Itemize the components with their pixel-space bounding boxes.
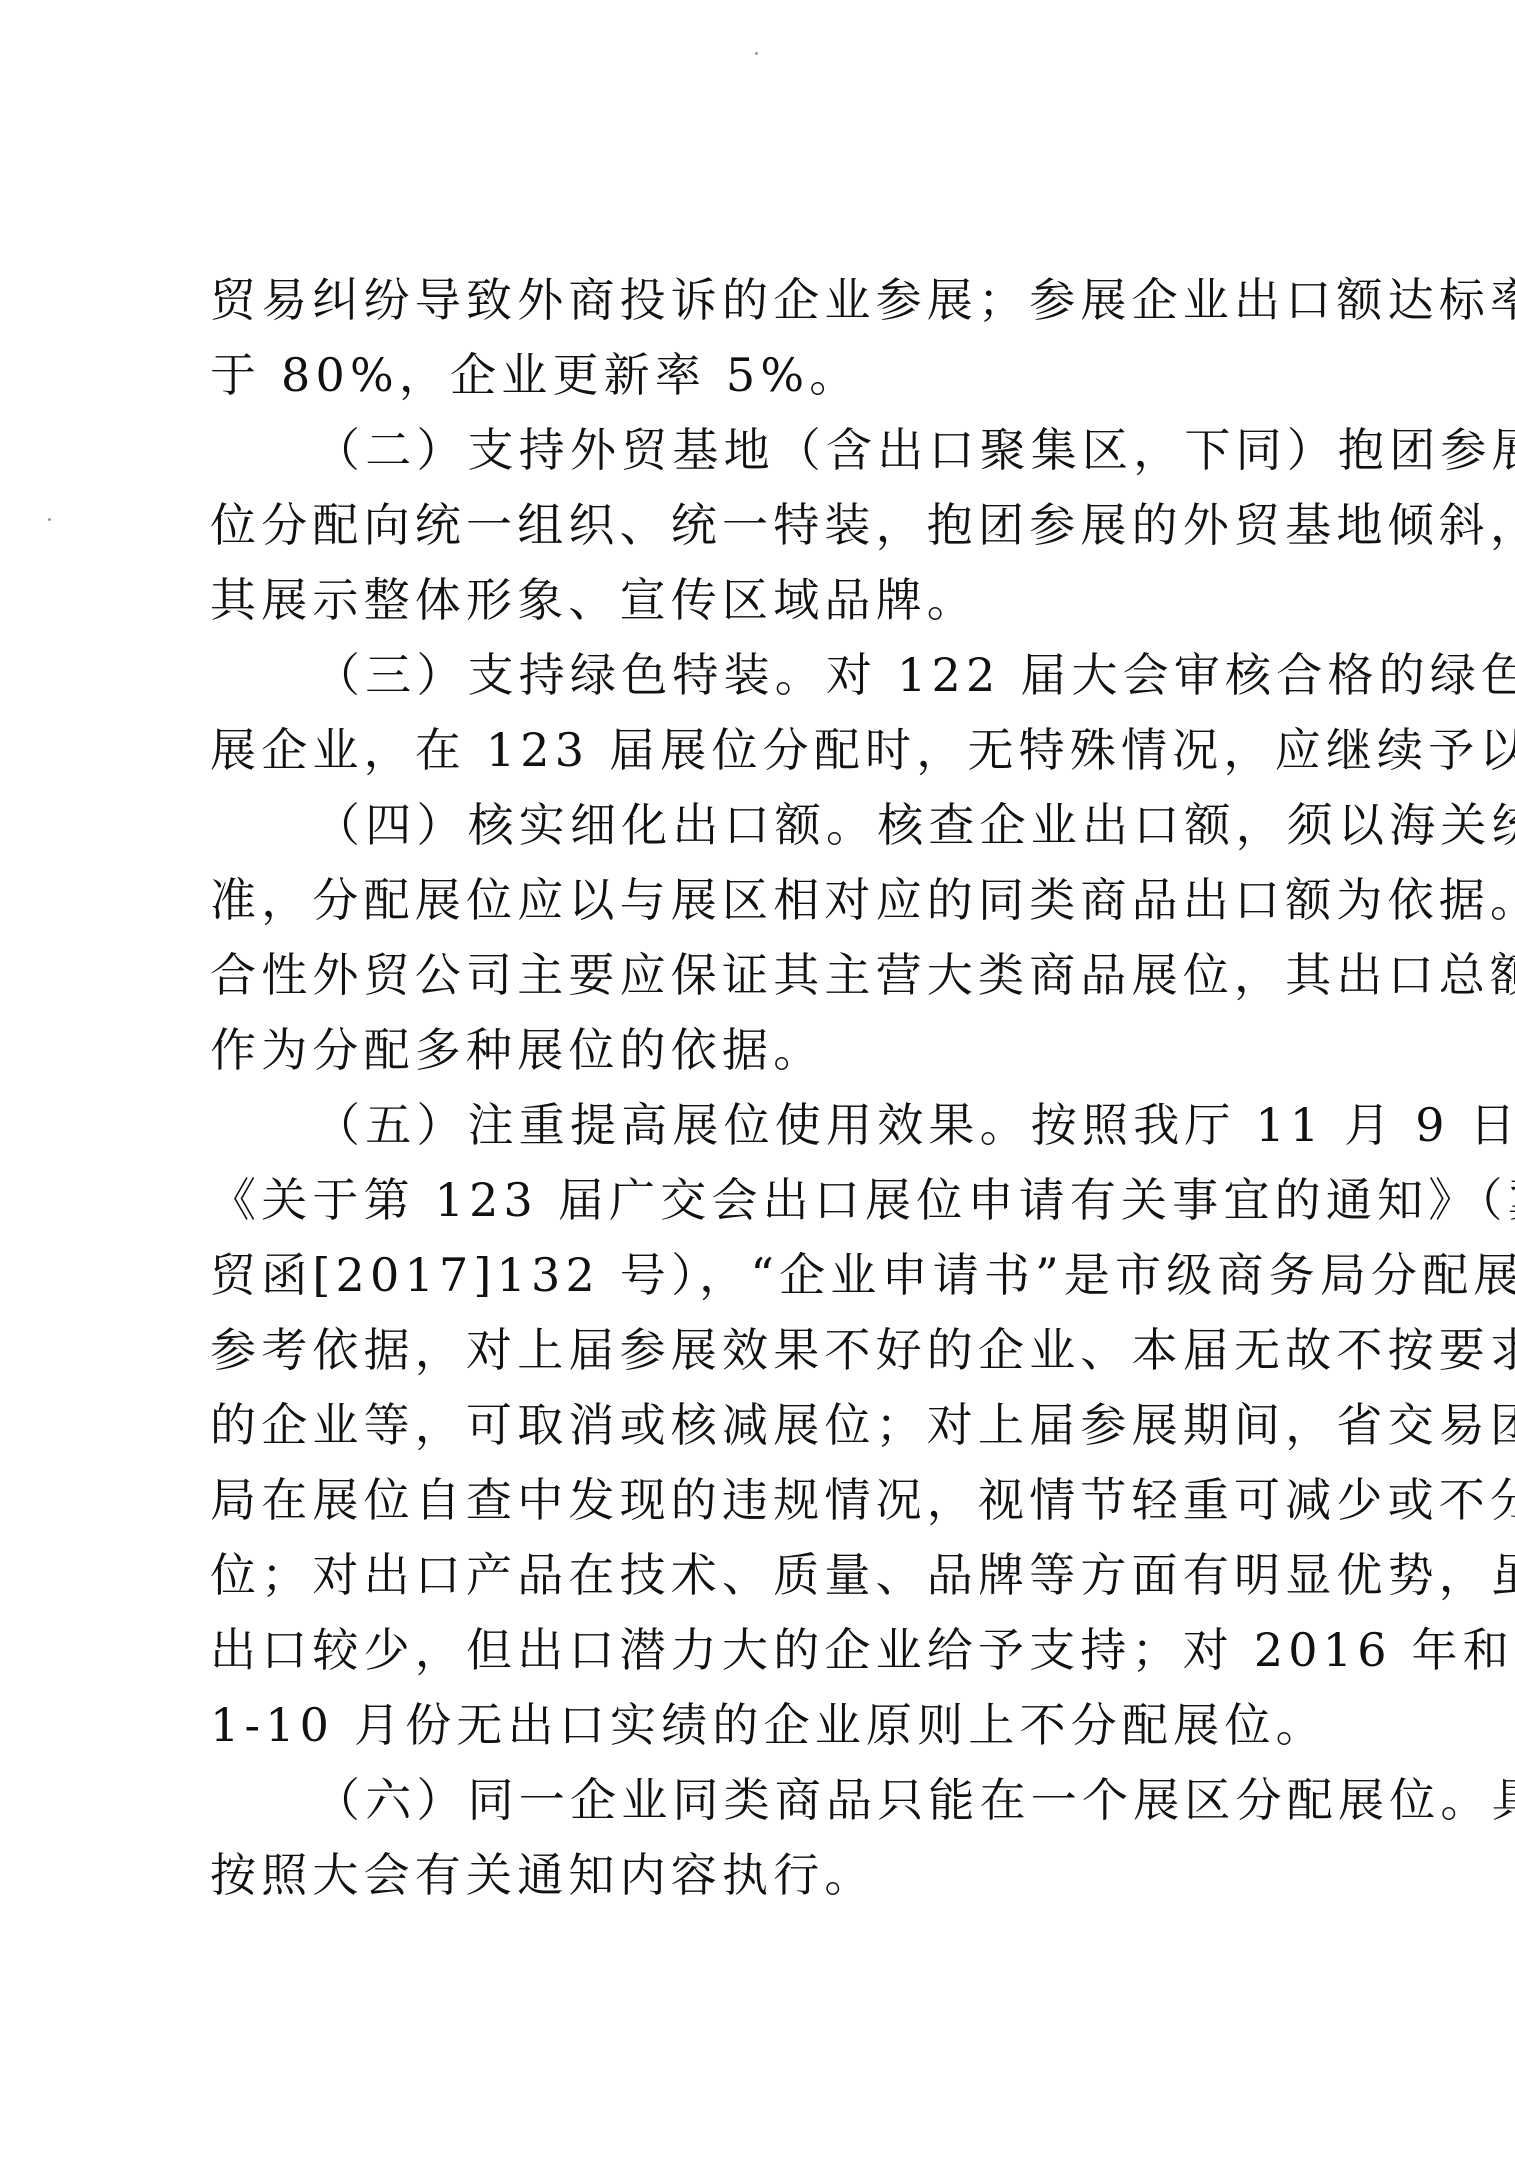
text-line: 按照大会有关通知内容执行。 (210, 1838, 1350, 1913)
paragraph-support-foreign-trade-bases: （二）支持外贸基地（含出口聚集区，下同）抱团参展。展 位分配向统一组织、统一特装… (210, 413, 1350, 638)
text-line: 参考依据，对上届参展效果不好的企业、本届无故不按要求申报 (210, 1313, 1350, 1388)
text-line: 贸函[2017]132 号），“企业申请书”是市级商务局分配展位的重要 (210, 1238, 1350, 1313)
text-line: 准，分配展位应以与展区相对应的同类商品出口额为依据。对综 (210, 863, 1350, 938)
text-line: 的企业等，可取消或核减展位；对上届参展期间，省交易团或市 (210, 1388, 1350, 1463)
document-body: 贸易纠纷导致外商投诉的企业参展；参展企业出口额达标率不低 于 80%，企业更新率… (210, 263, 1350, 1913)
text-line: 于 80%，企业更新率 5%。 (210, 338, 1350, 413)
text-line: 局在展位自查中发现的违规情况，视情节轻重可减少或不分配展 (210, 1463, 1350, 1538)
text-line: 展企业，在 123 届展位分配时，无特殊情况，应继续予以支持。 (210, 713, 1350, 788)
text-line: 位分配向统一组织、统一特装，抱团参展的外贸基地倾斜，鼓励 (210, 488, 1350, 563)
text-line: 贸易纠纷导致外商投诉的企业参展；参展企业出口额达标率不低 (210, 263, 1350, 338)
paragraph-continuation: 贸易纠纷导致外商投诉的企业参展；参展企业出口额达标率不低 于 80%，企业更新率… (210, 263, 1350, 413)
text-line: （六）同一企业同类商品只能在一个展区分配展位。具体请 (210, 1763, 1350, 1838)
paragraph-booth-usage-effect: （五）注重提高展位使用效果。按照我厅 11 月 9 日发布的 《关于第 123 … (210, 1088, 1350, 1763)
scan-speck (755, 52, 758, 55)
text-line: 其展示整体形象、宣传区域品牌。 (210, 563, 1350, 638)
text-line: 作为分配多种展位的依据。 (210, 1013, 1350, 1088)
text-line: 合性外贸公司主要应保证其主营大类商品展位，其出口总额不能 (210, 938, 1350, 1013)
scan-speck (48, 518, 51, 521)
paragraph-support-green-booths: （三）支持绿色特装。对 122 届大会审核合格的绿色特装布 展企业，在 123 … (210, 638, 1350, 788)
text-line: 出口较少，但出口潜力大的企业给予支持；对 2016 年和 2017 年 (210, 1613, 1350, 1688)
paragraph-verify-export-amount: （四）核实细化出口额。核查企业出口额，须以海关统计为 准，分配展位应以与展区相对… (210, 788, 1350, 1088)
text-line: 位；对出口产品在技术、质量、品牌等方面有明显优势，虽目前 (210, 1538, 1350, 1613)
text-line: 1-10 月份无出口实绩的企业原则上不分配展位。 (210, 1688, 1350, 1763)
text-line: （五）注重提高展位使用效果。按照我厅 11 月 9 日发布的 (210, 1088, 1350, 1163)
text-line: （三）支持绿色特装。对 122 届大会审核合格的绿色特装布 (210, 638, 1350, 713)
text-line: （二）支持外贸基地（含出口聚集区，下同）抱团参展。展 (210, 413, 1350, 488)
text-line: （四）核实细化出口额。核查企业出口额，须以海关统计为 (210, 788, 1350, 863)
paragraph-single-exhibit-area: （六）同一企业同类商品只能在一个展区分配展位。具体请 按照大会有关通知内容执行。 (210, 1763, 1350, 1913)
text-line: 《关于第 123 届广交会出口展位申请有关事宜的通知》（冀商外 (210, 1163, 1350, 1238)
document-page: 贸易纠纷导致外商投诉的企业参展；参展企业出口额达标率不低 于 80%，企业更新率… (0, 0, 1515, 2178)
